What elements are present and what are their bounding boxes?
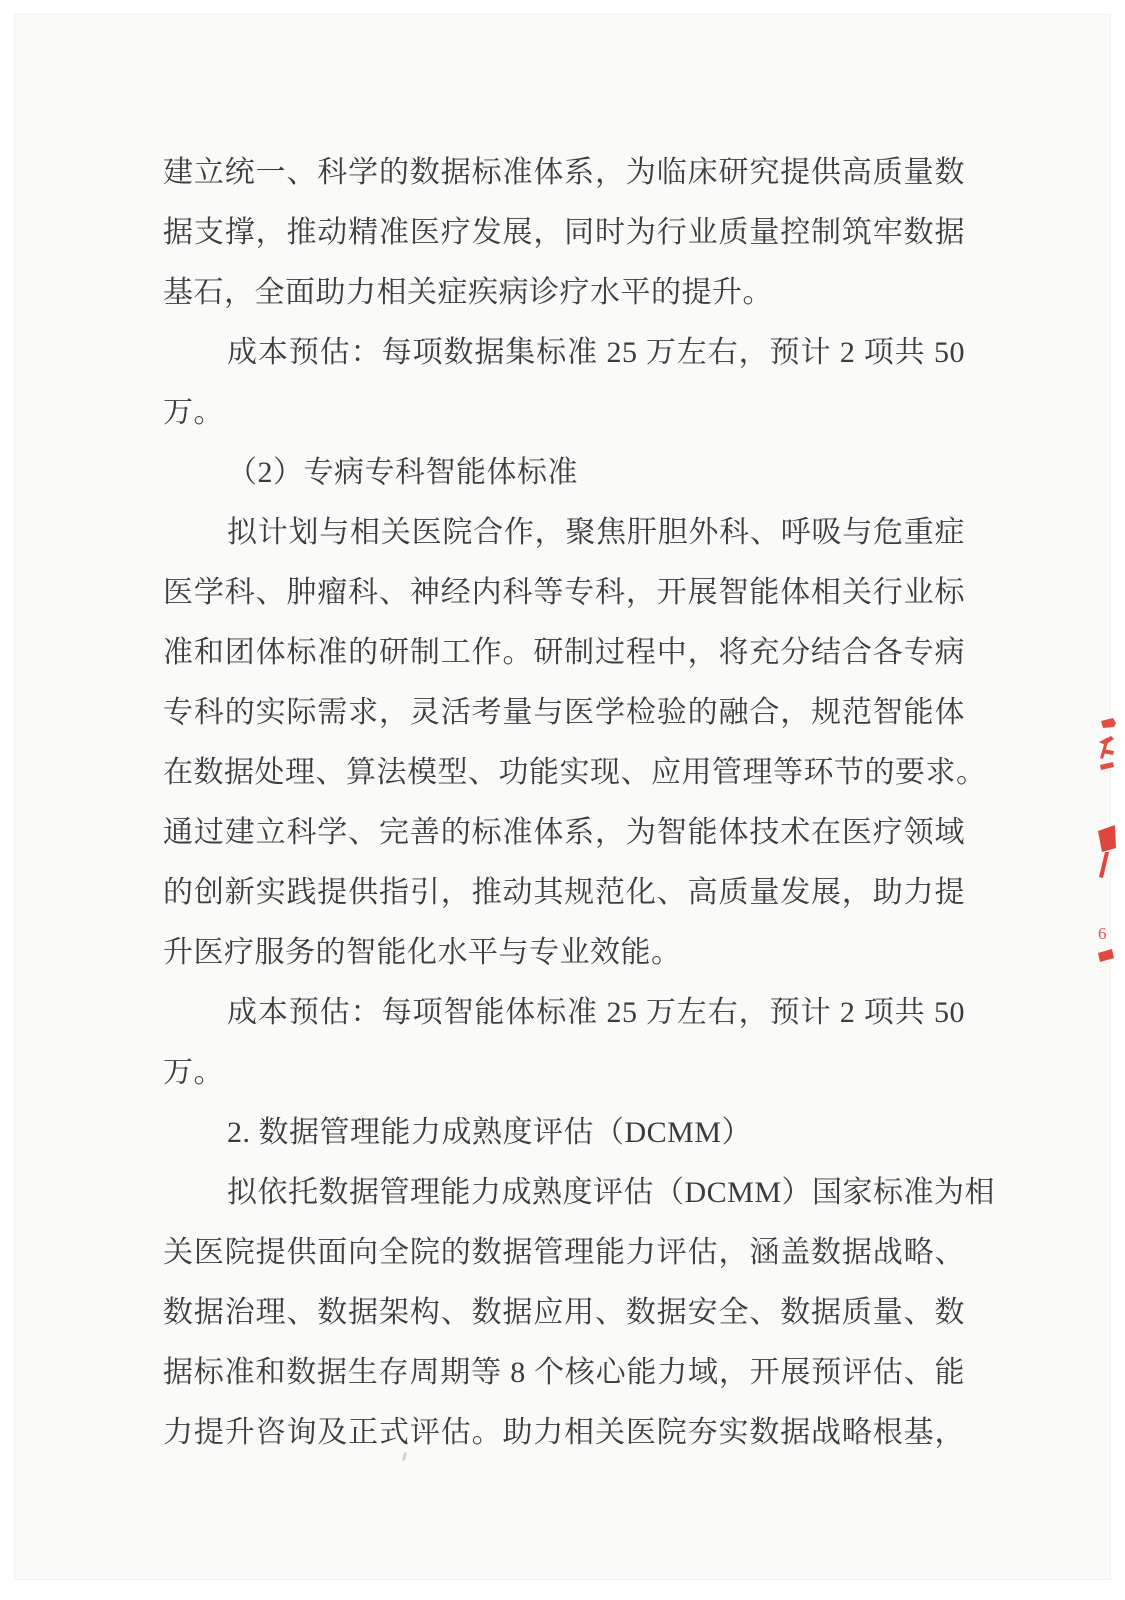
text-line: 万。 bbox=[163, 383, 965, 443]
paragraph: 建立统一、科学的数据标准体系，为临床研究提供高质量数据支撑，推动精准医疗发展，同… bbox=[163, 143, 965, 323]
text-line: 的创新实践提供指引，推动其规范化、高质量发展，助力提 bbox=[163, 863, 965, 923]
text-line: 准和团体标准的研制工作。研制过程中，将充分结合各专病 bbox=[163, 623, 965, 683]
paragraph: （2）专病专科智能体标准 bbox=[163, 443, 965, 503]
text-line: 拟依托数据管理能力成熟度评估（DCMM）国家标准为相 bbox=[163, 1163, 965, 1223]
text-line: 基石，全面助力相关症疾病诊疗水平的提升。 bbox=[163, 263, 965, 323]
text-line: 关医院提供面向全院的数据管理能力评估，涵盖数据战略、 bbox=[163, 1223, 965, 1283]
text-line: 在数据处理、算法模型、功能实现、应用管理等环节的要求。 bbox=[163, 743, 965, 803]
text-line: 成本预估：每项数据集标准 25 万左右，预计 2 项共 50 bbox=[163, 323, 965, 383]
text-line: 拟计划与相关医院合作，聚焦肝胆外科、呼吸与危重症 bbox=[163, 503, 965, 563]
text-line: 数据治理、数据架构、数据应用、数据安全、数据质量、数 bbox=[163, 1283, 965, 1343]
red-margin-digit: 6 bbox=[1098, 924, 1118, 944]
text-line: 力提升咨询及正式评估。助力相关医院夯实数据战略根基， bbox=[163, 1403, 965, 1463]
paragraph: 拟计划与相关医院合作，聚焦肝胆外科、呼吸与危重症医学科、肿瘤科、神经内科等专科，… bbox=[163, 503, 965, 983]
paragraph: 拟依托数据管理能力成熟度评估（DCMM）国家标准为相关医院提供面向全院的数据管理… bbox=[163, 1163, 965, 1463]
text-line: 通过建立科学、完善的标准体系，为智能体技术在医疗领域 bbox=[163, 803, 965, 863]
text-line: 成本预估：每项智能体标准 25 万左右，预计 2 项共 50 bbox=[163, 983, 965, 1043]
paragraph: 成本预估：每项数据集标准 25 万左右，预计 2 项共 50万。 bbox=[163, 323, 965, 443]
document-text: 建立统一、科学的数据标准体系，为临床研究提供高质量数据支撑，推动精准医疗发展，同… bbox=[163, 143, 965, 1463]
text-line: 万。 bbox=[163, 1043, 965, 1103]
text-line: （2）专病专科智能体标准 bbox=[163, 443, 965, 503]
red-seal-fragment-upper bbox=[1099, 718, 1116, 770]
text-line: 据标准和数据生存周期等 8 个核心能力域，开展预评估、能 bbox=[163, 1343, 965, 1403]
text-line: 医学科、肿瘤科、神经内科等专科，开展智能体相关行业标 bbox=[163, 563, 965, 623]
text-line: 建立统一、科学的数据标准体系，为临床研究提供高质量数 bbox=[163, 143, 965, 203]
text-line: 2. 数据管理能力成熟度评估（DCMM） bbox=[163, 1103, 965, 1163]
text-line: 专科的实际需求，灵活考量与医学检验的融合，规范智能体 bbox=[163, 683, 965, 743]
text-line: 据支撑，推动精准医疗发展，同时为行业质量控制筑牢数据 bbox=[163, 203, 965, 263]
text-line: 升医疗服务的智能化水平与专业效能。 bbox=[163, 923, 965, 983]
paragraph: 2. 数据管理能力成熟度评估（DCMM） bbox=[163, 1103, 965, 1163]
paragraph: 成本预估：每项智能体标准 25 万左右，预计 2 项共 50万。 bbox=[163, 983, 965, 1103]
red-seal-fragment-middle bbox=[1098, 825, 1116, 878]
red-seal-fragment-lower bbox=[1098, 949, 1114, 962]
